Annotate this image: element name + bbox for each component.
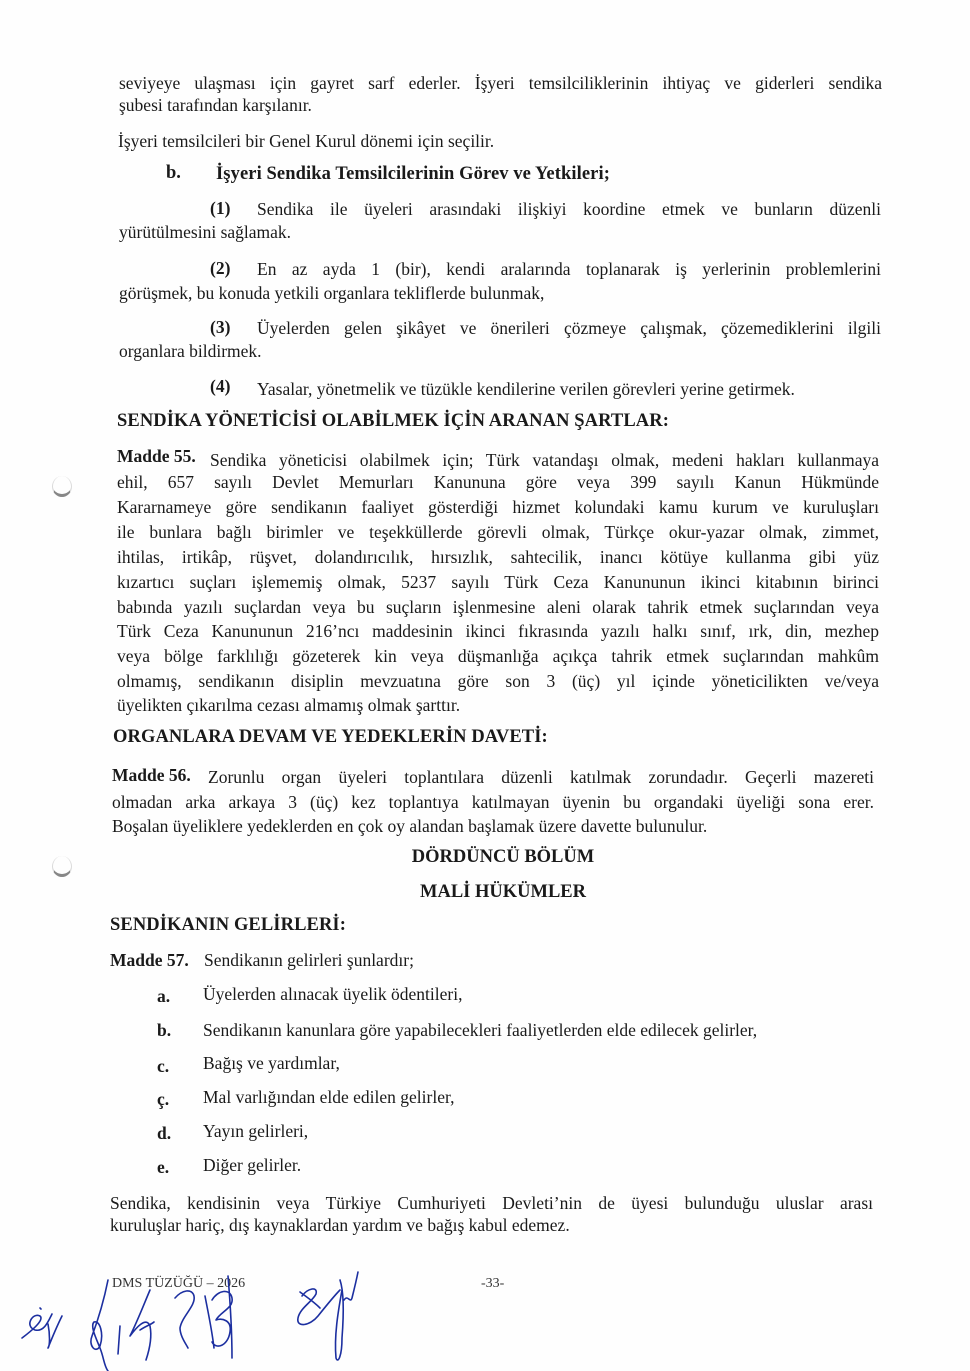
duty-text: organlara bildirmek.: [119, 340, 262, 362]
list-item-text: Bağış ve yardımlar,: [203, 1053, 340, 1074]
section-title: İşyeri Sendika Temsilcilerinin Görev ve …: [216, 164, 610, 185]
signature-icon: [298, 1289, 340, 1325]
article-line: babında yazılı suçlardan veya bu suçları…: [117, 596, 879, 618]
chapter-title: MALİ HÜKÜMLER: [0, 882, 970, 903]
article-line: Kararnameye göre sendikanın faaliyet gös…: [117, 496, 879, 518]
duty-number: (2): [210, 258, 230, 279]
paragraph-line: İşyeri temsilcileri bir Genel Kurul döne…: [118, 130, 494, 152]
duty-number: (4): [210, 376, 230, 397]
closing-line: Sendika, kendisinin veya Türkiye Cumhuri…: [110, 1192, 873, 1214]
list-item-label: b.: [157, 1020, 171, 1041]
duty-text: yürütülmesini sağlamak.: [119, 221, 291, 243]
duty-text: Yasalar, yönetmelik ve tüzükle kendileri…: [257, 378, 795, 400]
paragraph-line: seviyeye ulaşması için gayret sarf ederl…: [119, 72, 882, 94]
article-line: Türk Ceza Kanununun 216’ncı maddesinin i…: [117, 620, 879, 642]
article-line: olmadan arka arkaya 3 (üç) kez toplantıy…: [112, 791, 874, 813]
paragraph-line: şubesi tarafından karşılanır.: [119, 94, 312, 116]
list-item-label: d.: [157, 1123, 171, 1144]
list-item-label: a.: [157, 986, 170, 1007]
list-item-text: Sendikanın kanunlara göre yapabilecekler…: [203, 1020, 757, 1041]
article-line: Boşalan üyeliklere yedeklerden en çok oy…: [112, 815, 707, 837]
duty-number: (1): [210, 198, 230, 219]
signature-icon: [130, 1290, 154, 1360]
article-line: Zorunlu organ üyeleri toplantılara düzen…: [208, 766, 874, 788]
list-item-label: c.: [157, 1056, 169, 1077]
signature-icon: [335, 1272, 358, 1360]
article-label: Madde 56.: [112, 764, 191, 786]
closing-line: kuruluşlar hariç, dış kaynaklardan yardı…: [110, 1214, 570, 1236]
signature-icon: [175, 1291, 194, 1348]
article-line: ehil, 657 sayılı Devlet Memurları Kanunu…: [117, 471, 879, 493]
list-item-label: ç.: [157, 1089, 169, 1110]
list-item-text: Yayın gelirleri,: [203, 1121, 308, 1142]
signature-icon: [91, 1280, 120, 1371]
signature-icon: [22, 1308, 62, 1348]
list-item-text: Üyelerden alınacak üyelik ödentileri,: [203, 984, 462, 1005]
document-page: seviyeye ulaşması için gayret sarf ederl…: [0, 0, 970, 1371]
chapter-number: DÖRDÜNCÜ BÖLÜM: [0, 847, 970, 868]
article-label: Madde 55.: [117, 445, 196, 467]
article-line: Sendika yöneticisi olabilmek için; Türk …: [210, 449, 879, 471]
punch-hole-mark: [52, 476, 72, 497]
duty-number: (3): [210, 317, 230, 338]
article-label: Madde 57.: [110, 949, 189, 971]
article-intro: Sendikanın gelirleri şunlardır;: [204, 949, 414, 971]
article-line: üyelikten çıkarılma cezası almamış olmak…: [117, 694, 460, 716]
article-line: olmamış, sendikanın disiplin mevzuatına …: [117, 670, 879, 692]
list-item-label: e.: [157, 1157, 169, 1178]
duty-text: görüşmek, bu konuda yetkili organlara te…: [119, 282, 544, 304]
section-heading: SENDİKA YÖNETİCİSİ OLABİLMEK İÇİN ARANAN…: [117, 411, 669, 432]
signature-icon: [205, 1276, 232, 1358]
article-line: kızartıcı suçları işlememiş olmak, 5237 …: [117, 571, 879, 593]
article-line: ihtilas, irtikâp, rüşvet, dolandırıcılık…: [117, 546, 879, 568]
duty-text: Sendika ile üyeleri arasındaki ilişkiyi …: [257, 198, 881, 220]
section-heading: SENDİKANIN GELİRLERİ:: [110, 915, 346, 936]
list-item-text: Diğer gelirler.: [203, 1155, 301, 1176]
section-label: b.: [166, 163, 181, 184]
duty-text: Üyelerden gelen şikâyet ve önerileri çöz…: [257, 317, 881, 339]
article-line: ile bunlara bağlı birimler ve teşekkülle…: [117, 521, 879, 543]
signatures: [0, 1240, 970, 1371]
list-item-text: Mal varlığından elde edilen gelirler,: [203, 1087, 455, 1108]
article-line: veya bölge farklılığı gözeterek kin veya…: [117, 645, 879, 667]
duty-text: En az ayda 1 (bir), kendi aralarında top…: [257, 258, 881, 280]
section-heading: ORGANLARA DEVAM VE YEDEKLERİN DAVETİ:: [113, 727, 548, 748]
